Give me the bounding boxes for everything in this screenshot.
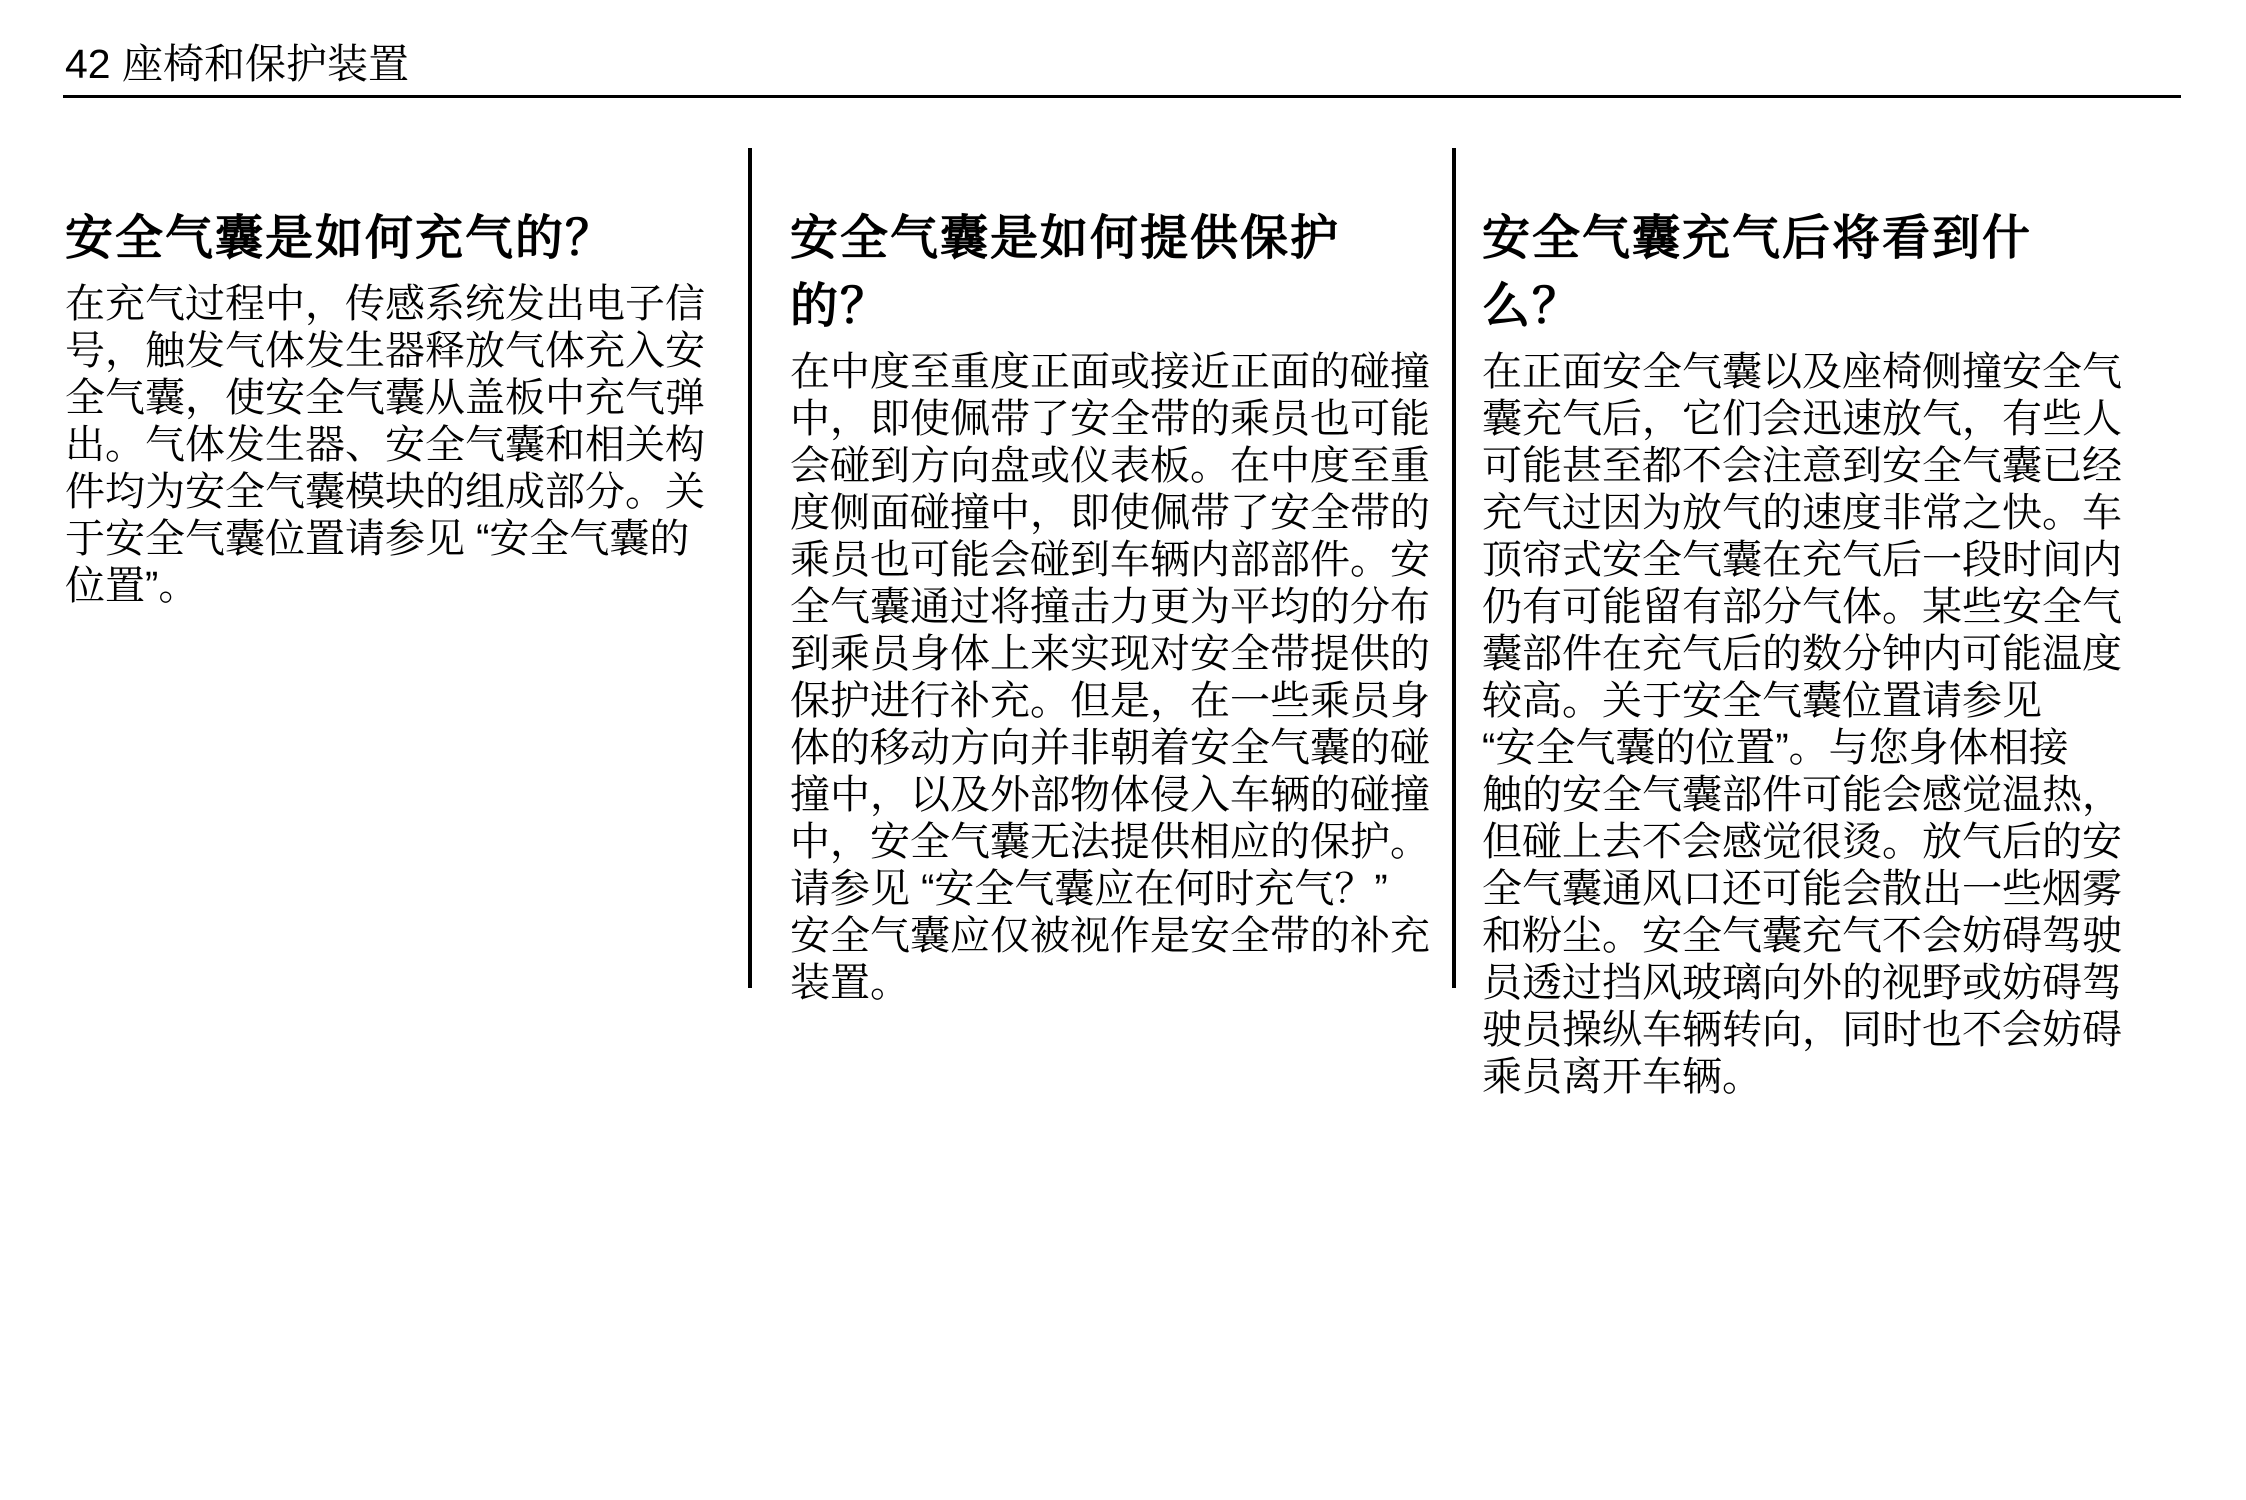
column-after-airbag-inflates: 安全气囊充气后将看到什 么？ 在正面安全气囊以及座椅侧撞安全气 囊充气后，它们会… — [1482, 205, 2137, 1101]
section-body: 在正面安全气囊以及座椅侧撞安全气 囊充气后，它们会迅速放气，有些人 可能甚至都不… — [1482, 349, 2137, 1101]
page-header: 42 座椅和保护装置 — [65, 40, 409, 88]
column-divider-2 — [1452, 148, 1456, 988]
column-how-airbag-protects: 安全气囊是如何提供保护 的？ 在中度至重度正面或接近正面的碰撞 中，即使佩带了安… — [790, 205, 1445, 1007]
column-how-airbag-inflates: 安全气囊是如何充气的？ 在充气过程中，传感系统发出电子信 号，触发气体发生器释放… — [65, 205, 720, 610]
section-body: 在充气过程中，传感系统发出电子信 号，触发气体发生器释放气体充入安 全气囊，使安… — [65, 281, 720, 610]
section-body: 在中度至重度正面或接近正面的碰撞 中，即使佩带了安全带的乘员也可能 会碰到方向盘… — [790, 349, 1445, 1007]
manual-page: 42 座椅和保护装置 安全气囊是如何充气的？ 在充气过程中，传感系统发出电子信 … — [0, 0, 2246, 1500]
section-heading: 安全气囊是如何提供保护 的？ — [790, 205, 1445, 341]
column-divider-1 — [748, 148, 752, 988]
section-heading: 安全气囊充气后将看到什 么？ — [1482, 205, 2137, 341]
header-rule — [63, 95, 2181, 98]
section-heading: 安全气囊是如何充气的？ — [65, 205, 720, 273]
